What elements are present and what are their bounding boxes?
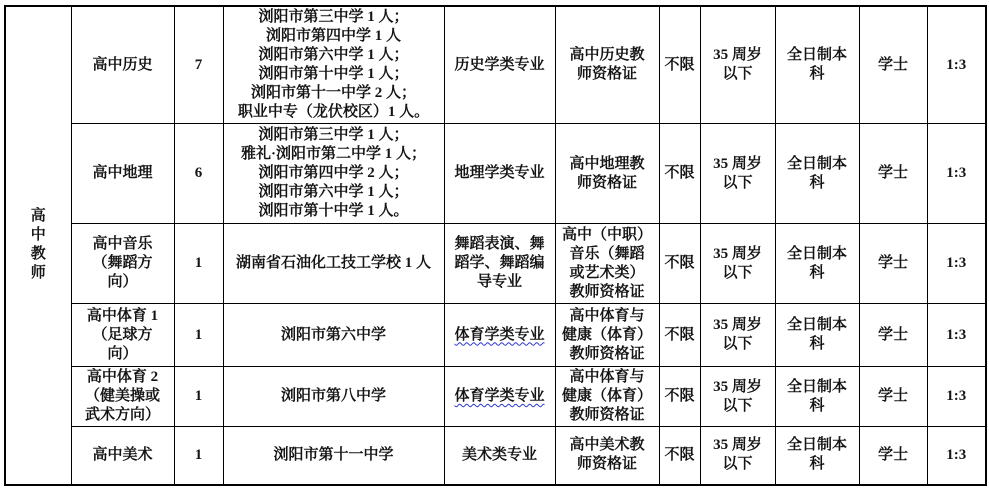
- schools-cell: 湖南省石油化工技工学校 1 人: [223, 224, 444, 304]
- group-label-cell: 高 中 教 师: [5, 6, 71, 485]
- major-cell: 地理学类专业: [444, 124, 555, 224]
- position-cell: 高中音乐 （舞蹈方 向）: [71, 224, 174, 304]
- certificate-cell: 高中地理教 师资格证: [555, 124, 659, 224]
- household-cell: 不限: [659, 6, 700, 124]
- education-cell: 全日制本 科: [775, 224, 859, 304]
- degree-cell: 学士: [859, 367, 927, 427]
- ratio-cell: 1:3: [927, 6, 986, 124]
- count-cell: 1: [174, 224, 223, 304]
- household-cell: 不限: [659, 367, 700, 427]
- table-row: 高中音乐 （舞蹈方 向） 1 湖南省石油化工技工学校 1 人 舞蹈表演、舞 蹈学…: [5, 224, 986, 304]
- education-cell: 全日制本 科: [775, 6, 859, 124]
- position-cell: 高中体育 2 （健美操或 武术方向）: [71, 367, 174, 427]
- schools-cell: 浏阳市第八中学: [223, 367, 444, 427]
- position-cell: 高中地理: [71, 124, 174, 224]
- recruitment-table: 高 中 教 师高中历史 7 浏阳市第三中学 1 人； 浏阳市第四中学 1 人 浏…: [4, 5, 987, 486]
- major-cell: 美术类专业: [444, 427, 555, 485]
- position-cell: 高中历史: [71, 6, 174, 124]
- count-cell: 1: [174, 427, 223, 485]
- degree-cell: 学士: [859, 427, 927, 485]
- ratio-cell: 1:3: [927, 124, 986, 224]
- degree-cell: 学士: [859, 6, 927, 124]
- certificate-cell: 高中体育与 健康（体育） 教师资格证: [555, 304, 659, 367]
- schools-cell: 浏阳市第六中学: [223, 304, 444, 367]
- position-cell: 高中体育 1 （足球方 向）: [71, 304, 174, 367]
- education-cell: 全日制本 科: [775, 427, 859, 485]
- ratio-cell: 1:3: [927, 304, 986, 367]
- table-body: 高 中 教 师高中历史 7 浏阳市第三中学 1 人； 浏阳市第四中学 1 人 浏…: [5, 6, 986, 485]
- education-cell: 全日制本 科: [775, 304, 859, 367]
- count-cell: 6: [174, 124, 223, 224]
- degree-cell: 学士: [859, 224, 927, 304]
- document-page: 高 中 教 师高中历史 7 浏阳市第三中学 1 人； 浏阳市第四中学 1 人 浏…: [0, 0, 989, 494]
- table-row: 高中体育 1 （足球方 向） 1 浏阳市第六中学 体育学类专业 高中体育与 健康…: [5, 304, 986, 367]
- education-cell: 全日制本 科: [775, 367, 859, 427]
- certificate-cell: 高中（中职） 音乐（舞蹈 或艺术类） 教师资格证: [555, 224, 659, 304]
- degree-cell: 学士: [859, 304, 927, 367]
- table-row: 高中美术 1 浏阳市第十一中学 美术类专业 高中美术教 师资格证 不限 35 周…: [5, 427, 986, 485]
- count-cell: 7: [174, 6, 223, 124]
- age-cell: 35 周岁 以下: [700, 6, 775, 124]
- age-cell: 35 周岁 以下: [700, 427, 775, 485]
- age-cell: 35 周岁 以下: [700, 124, 775, 224]
- schools-cell: 浏阳市第三中学 1 人； 雅礼·浏阳市第二中学 1 人； 浏阳市第四中学 2 人…: [223, 124, 444, 224]
- position-cell: 高中美术: [71, 427, 174, 485]
- major-cell: 体育学类专业: [444, 304, 555, 367]
- major-cell: 舞蹈表演、舞 蹈学、舞蹈编 导专业: [444, 224, 555, 304]
- degree-cell: 学士: [859, 124, 927, 224]
- certificate-cell: 高中美术教 师资格证: [555, 427, 659, 485]
- household-cell: 不限: [659, 427, 700, 485]
- count-cell: 1: [174, 304, 223, 367]
- schools-cell: 浏阳市第三中学 1 人； 浏阳市第四中学 1 人 浏阳市第六中学 1 人； 浏阳…: [223, 6, 444, 124]
- certificate-cell: 高中体育与 健康（体育） 教师资格证: [555, 367, 659, 427]
- major-cell: 历史学类专业: [444, 6, 555, 124]
- ratio-cell: 1:3: [927, 224, 986, 304]
- household-cell: 不限: [659, 124, 700, 224]
- age-cell: 35 周岁 以下: [700, 224, 775, 304]
- education-cell: 全日制本 科: [775, 124, 859, 224]
- age-cell: 35 周岁 以下: [700, 367, 775, 427]
- ratio-cell: 1:3: [927, 367, 986, 427]
- schools-cell: 浏阳市第十一中学: [223, 427, 444, 485]
- table-row: 高 中 教 师高中历史 7 浏阳市第三中学 1 人； 浏阳市第四中学 1 人 浏…: [5, 6, 986, 124]
- table-row: 高中地理 6 浏阳市第三中学 1 人； 雅礼·浏阳市第二中学 1 人； 浏阳市第…: [5, 124, 986, 224]
- certificate-cell: 高中历史教 师资格证: [555, 6, 659, 124]
- household-cell: 不限: [659, 224, 700, 304]
- ratio-cell: 1:3: [927, 427, 986, 485]
- table-row: 高中体育 2 （健美操或 武术方向） 1 浏阳市第八中学 体育学类专业 高中体育…: [5, 367, 986, 427]
- age-cell: 35 周岁 以下: [700, 304, 775, 367]
- household-cell: 不限: [659, 304, 700, 367]
- major-cell: 体育学类专业: [444, 367, 555, 427]
- count-cell: 1: [174, 367, 223, 427]
